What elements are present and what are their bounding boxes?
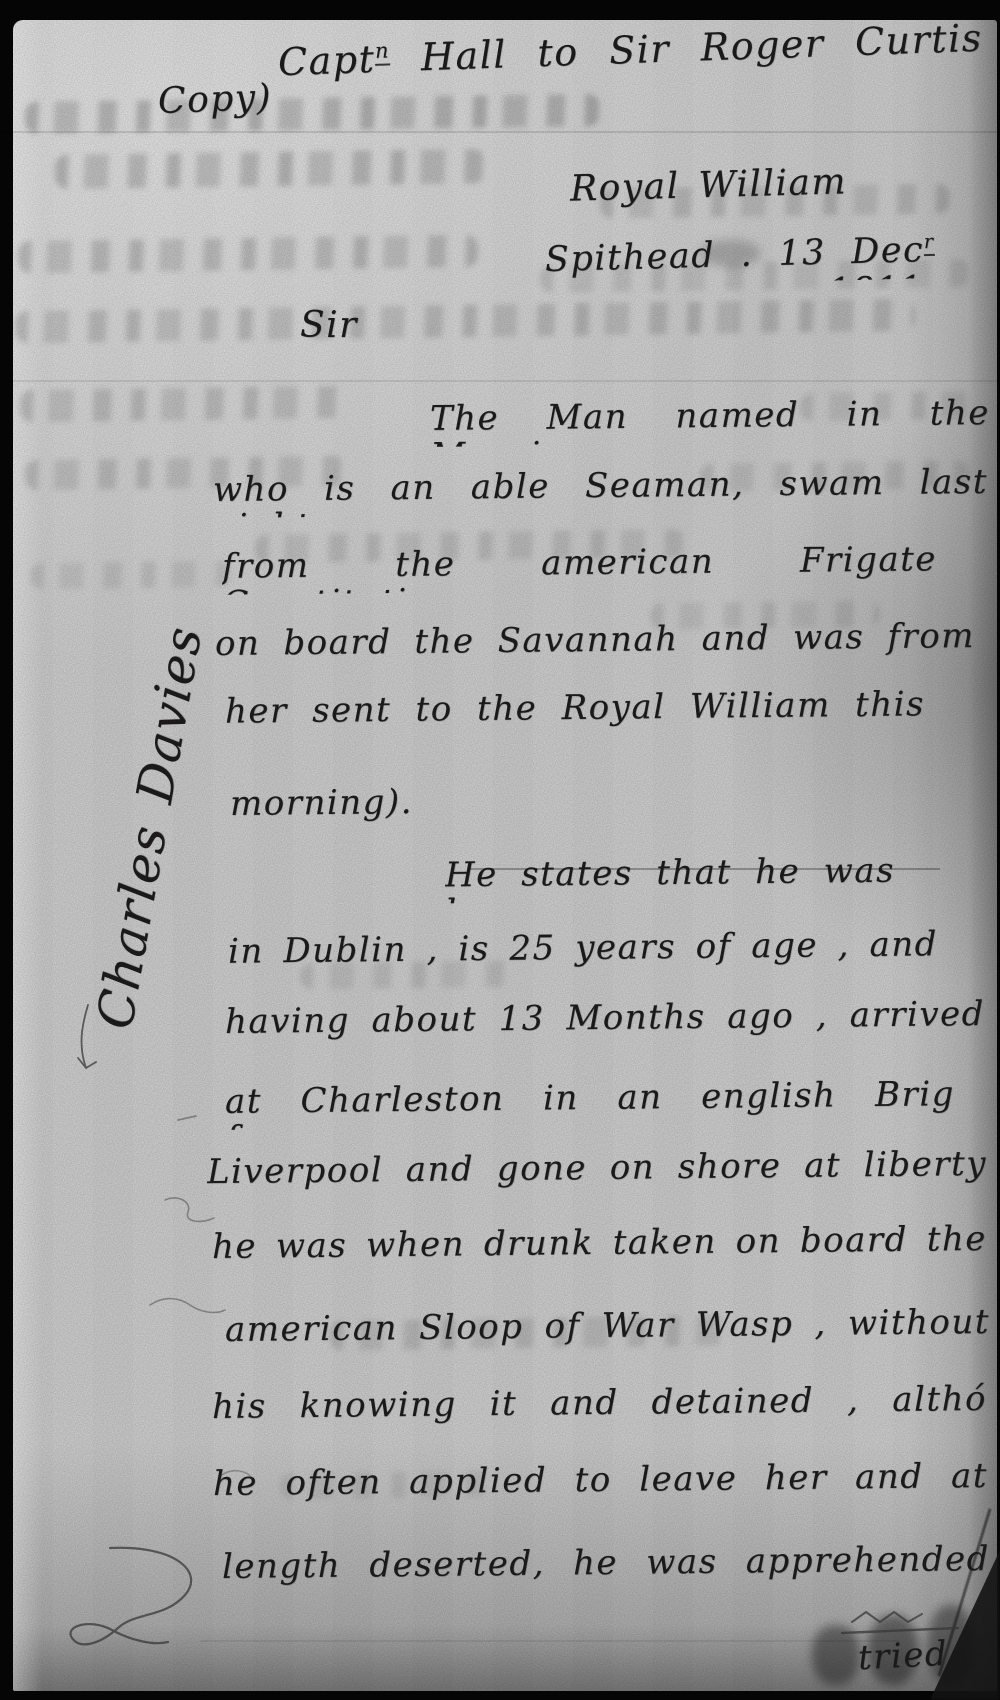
letter-line: He states that he was born	[445, 853, 895, 904]
bleed-through-ghost	[30, 561, 230, 590]
bleed-through-ghost	[18, 235, 478, 273]
letter-line: he often applied to leave her and at	[213, 1458, 988, 1512]
bleed-through-ghost	[20, 386, 350, 423]
fold-line	[200, 1640, 900, 1642]
letter-line: length deserted, he was apprehended	[222, 1541, 990, 1595]
letter-line: on board the Savannah and was from	[215, 618, 975, 672]
letter-line: at Charleston in an english Brig from	[225, 1076, 955, 1130]
letter-line: from the american Frigate Constitution	[222, 541, 937, 594]
copy-annotation: Copy)	[157, 78, 272, 122]
letter-line: having about 13 Months ago , arrived	[225, 996, 985, 1050]
scanned-letter-page: { "header": { "title_prefix": "Capt", "t…	[0, 0, 1000, 1700]
ink-smudge	[812, 1625, 860, 1685]
letter-line: her sent to the Royal William this	[225, 686, 925, 739]
letter-line: his knowing it and detained , althó	[212, 1381, 987, 1435]
letter-line: The Man named in the Margin	[430, 395, 990, 447]
docket-title-superscript: n	[375, 39, 391, 67]
letter-line: american Sloop of War Wasp , without	[225, 1304, 990, 1358]
salutation: Sir	[300, 306, 358, 346]
date-superscript: r	[924, 231, 935, 257]
ship-name: Royal William	[570, 162, 848, 209]
letter-line: who is an able Seaman, swam last night	[213, 464, 988, 518]
docket-title-prefix: Capt	[277, 37, 376, 84]
letter-line: he was when drunk taken on board the	[212, 1221, 987, 1275]
fold-line	[0, 380, 1000, 382]
catchword: tried	[857, 1636, 949, 1678]
letter-line: morning).	[230, 784, 413, 823]
letter-line: Liverpool and gone on shore at liberty	[207, 1146, 987, 1200]
letter-line: in Dublin , is 25 years of age , and	[228, 926, 938, 979]
bleed-through-ghost	[55, 149, 485, 189]
